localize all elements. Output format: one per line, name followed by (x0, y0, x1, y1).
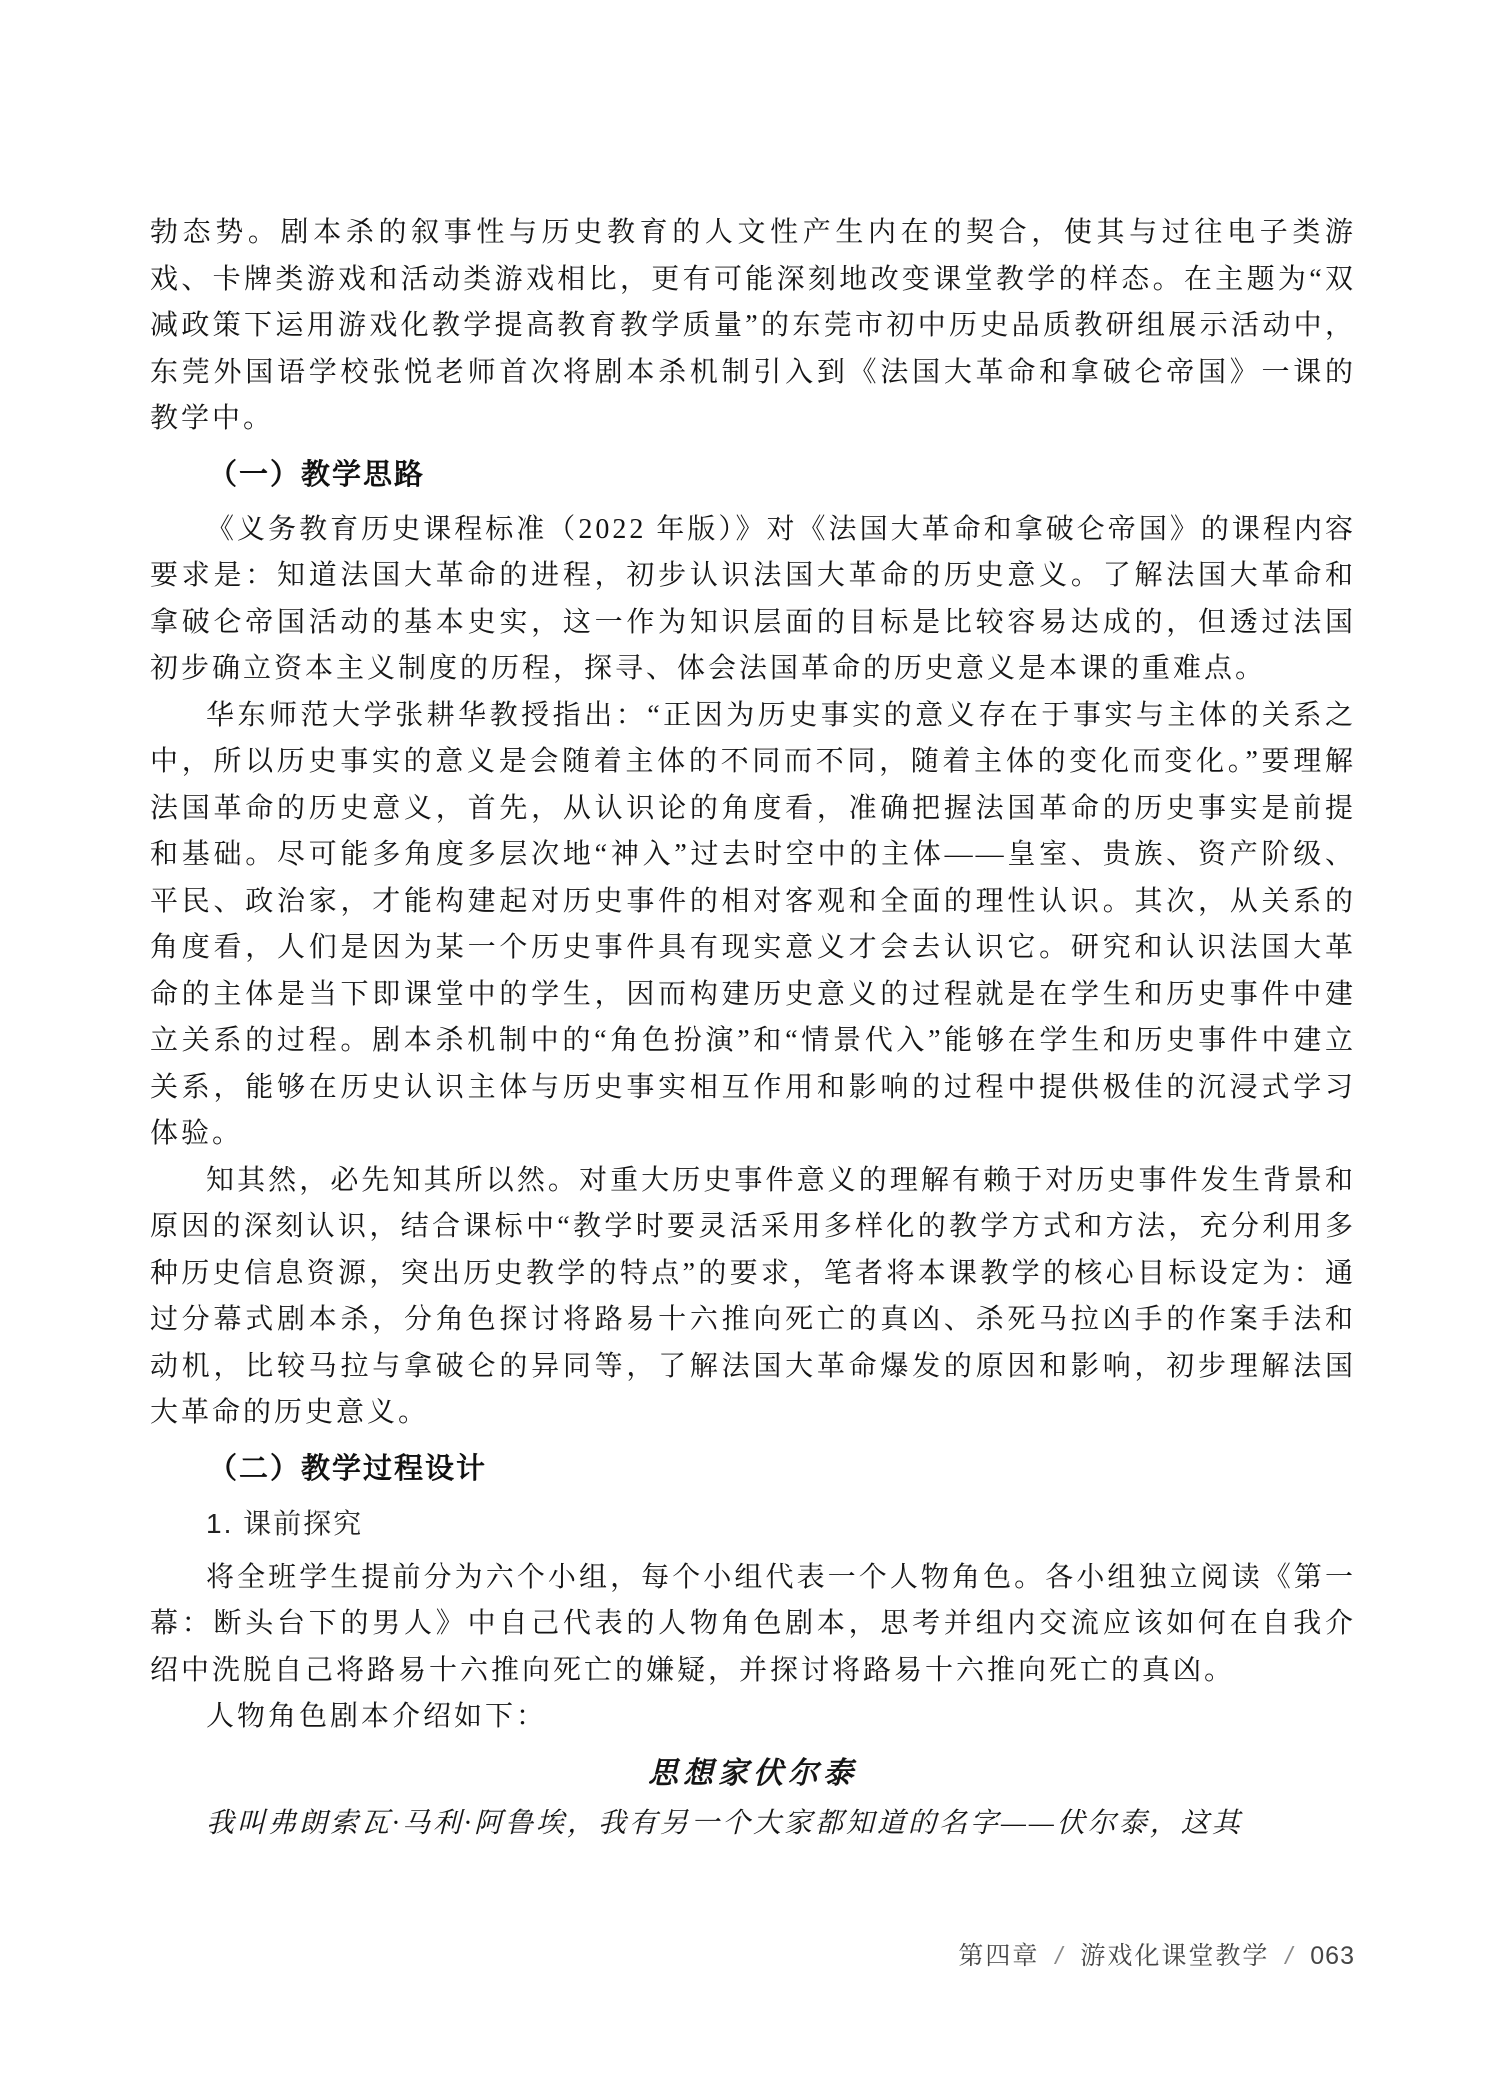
footer-separator-2: / (1285, 1942, 1294, 1970)
book-page: 勃态势。剧本杀的叙事性与历史教育的人文性产生内在的契合，使其与过往电子类游戏、卡… (0, 0, 1504, 2094)
paragraph-curriculum-requirements: 《义务教育历史课程标准（2022 年版）》对《法国大革命和拿破仑帝国》的课程内容… (150, 507, 1356, 693)
footer-chapter: 第四章 (958, 1942, 1039, 1970)
role-script-title-voltaire: 思想家伏尔泰 (150, 1751, 1356, 1797)
role-script-excerpt: 我叫弗朗索瓦·马利·阿鲁埃，我有另一个大家都知道的名字——伏尔泰，这其 (150, 1801, 1356, 1848)
sub-heading-pre-class-inquiry: 1. 课前探究 (150, 1501, 1356, 1547)
footer-section-title: 游戏化课堂教学 (1080, 1942, 1269, 1970)
section-heading-teaching-approach: （一）教学思路 (150, 452, 1356, 498)
section-heading-process-design: （二）教学过程设计 (150, 1446, 1356, 1492)
paragraph-intro-continuation: 勃态势。剧本杀的叙事性与历史教育的人文性产生内在的契合，使其与过往电子类游戏、卡… (150, 210, 1356, 443)
paragraph-roles-intro: 人物角色剧本介绍如下： (150, 1694, 1356, 1741)
footer-page-number: 063 (1310, 1942, 1355, 1970)
footer-separator-1: / (1055, 1942, 1064, 1970)
paragraph-group-division: 将全班学生提前分为六个小组，每个小组代表一个人物角色。各小组独立阅读《第一幕：断… (150, 1555, 1356, 1695)
page-footer: 第四章/游戏化课堂教学/063 (958, 1936, 1355, 1972)
page-content: 勃态势。剧本杀的叙事性与历史教育的人文性产生内在的契合，使其与过往电子类游戏、卡… (150, 210, 1356, 1847)
paragraph-core-goal: 知其然，必先知其所以然。对重大历史事件意义的理解有赖于对历史事件发生背景和原因的… (150, 1158, 1356, 1437)
paragraph-historical-meaning: 华东师范大学张耕华教授指出：“正因为历史事实的意义存在于事实与主体的关系之中，所… (150, 693, 1356, 1158)
